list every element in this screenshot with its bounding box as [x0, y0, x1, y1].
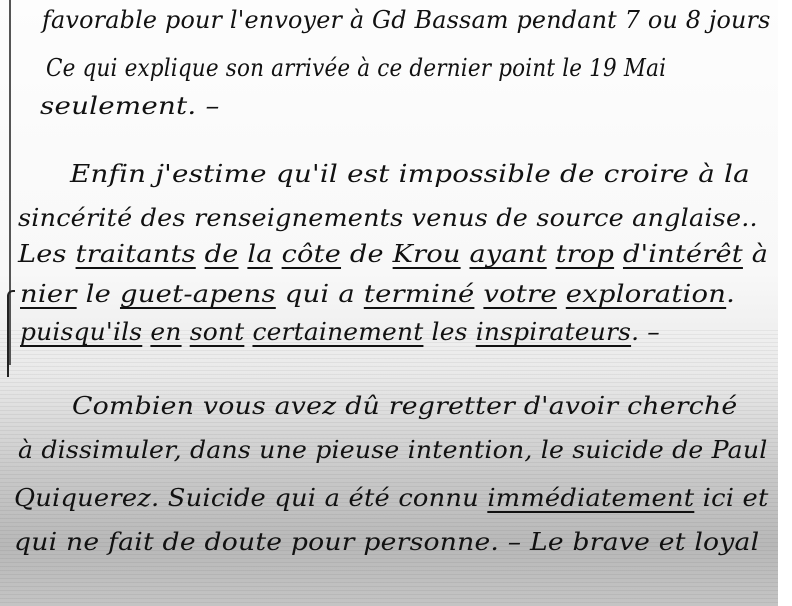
word: Les: [18, 240, 76, 268]
space: [614, 240, 623, 268]
line-1-part-a: favorable pour l'envoyer: [42, 6, 350, 34]
text-line-9: Combien vous avez dû regretter d'avoir c…: [72, 392, 737, 420]
text-line-2: Ce qui explique son arrivée à ce dernier…: [46, 54, 666, 82]
word: . –: [631, 318, 660, 346]
underlined-word: côte: [282, 240, 341, 268]
space: [196, 240, 205, 268]
space: [239, 240, 248, 268]
right-page-margin: [778, 0, 792, 606]
text-line-11: Quiquerez. Suicide qui a été connu imméd…: [14, 484, 769, 512]
line-11-part-a: Quiquerez. Suicide qui a été connu: [14, 484, 487, 512]
underlined-word: puisqu'ils: [20, 318, 142, 346]
word: qui a: [276, 280, 364, 308]
underlined-word: ayant: [469, 240, 546, 268]
word: à: [743, 240, 768, 268]
underlined-word: trop: [556, 240, 615, 268]
space: [474, 280, 483, 308]
underlined-word: nier: [20, 280, 77, 308]
text-line-1: favorable pour l'envoyer à Gd Bassam pen…: [42, 6, 777, 34]
text-line-10: à dissimuler, dans une pieuse intention,…: [18, 436, 767, 464]
word: le: [77, 280, 120, 308]
space: [244, 318, 252, 346]
line-4-text: Enfin j'estime qu'il est impossible de c…: [70, 160, 750, 188]
underlined-word: de: [205, 240, 239, 268]
line-5-text: sincérité des renseignements venus de so…: [18, 204, 758, 232]
text-line-12: qui ne fait de doute pour personne. – Le…: [14, 528, 759, 556]
word: les: [423, 318, 475, 346]
space: [557, 280, 566, 308]
word: de: [341, 240, 393, 268]
underlined-word: d'intérêt: [623, 240, 743, 268]
underlined-word: certainement: [252, 318, 423, 346]
space: [273, 240, 282, 268]
underlined-word: Krou: [393, 240, 461, 268]
line-1-part-b: à Gd Bassam pendant 7 ou 8 jours: [350, 6, 771, 34]
underlined-word: votre: [483, 280, 556, 308]
space: [461, 240, 470, 268]
word: .: [726, 280, 735, 308]
underlined-word: en: [150, 318, 181, 346]
letter-page: favorable pour l'envoyer à Gd Bassam pen…: [0, 0, 778, 606]
text-line-4: Enfin j'estime qu'il est impossible de c…: [70, 160, 750, 188]
underlined-word: traitants: [76, 240, 196, 268]
underlined-word: terminé: [364, 280, 475, 308]
underlined-word: immédiatement: [487, 484, 694, 512]
line-9-text: Combien vous avez dû regretter d'avoir c…: [72, 392, 737, 420]
underlined-word: sont: [190, 318, 245, 346]
text-line-5: sincérité des renseignements venus de so…: [18, 204, 758, 232]
line-12-text: qui ne fait de doute pour personne. – Le…: [14, 528, 759, 556]
underlined-word: guet-apens: [120, 280, 276, 308]
text-line-8: puisqu'ils en sont certainement les insp…: [20, 318, 660, 346]
line-3-text: seulement. –: [40, 92, 220, 120]
line-10-text: à dissimuler, dans une pieuse intention,…: [18, 436, 767, 464]
text-line-3: seulement. –: [40, 92, 220, 120]
text-line-7: nier le guet-apens qui a terminé votre e…: [20, 280, 735, 308]
space: [142, 318, 150, 346]
margin-bracket: [7, 290, 15, 377]
space: [182, 318, 190, 346]
line-2-text: Ce qui explique son arrivée à ce dernier…: [46, 54, 666, 82]
text-line-6: Les traitants de la côte de Krou ayant t…: [18, 240, 768, 268]
underlined-word: exploration: [566, 280, 726, 308]
underlined-word: inspirateurs: [476, 318, 631, 346]
underlined-word: la: [247, 240, 272, 268]
line-11-part-c: ici et: [694, 484, 768, 512]
